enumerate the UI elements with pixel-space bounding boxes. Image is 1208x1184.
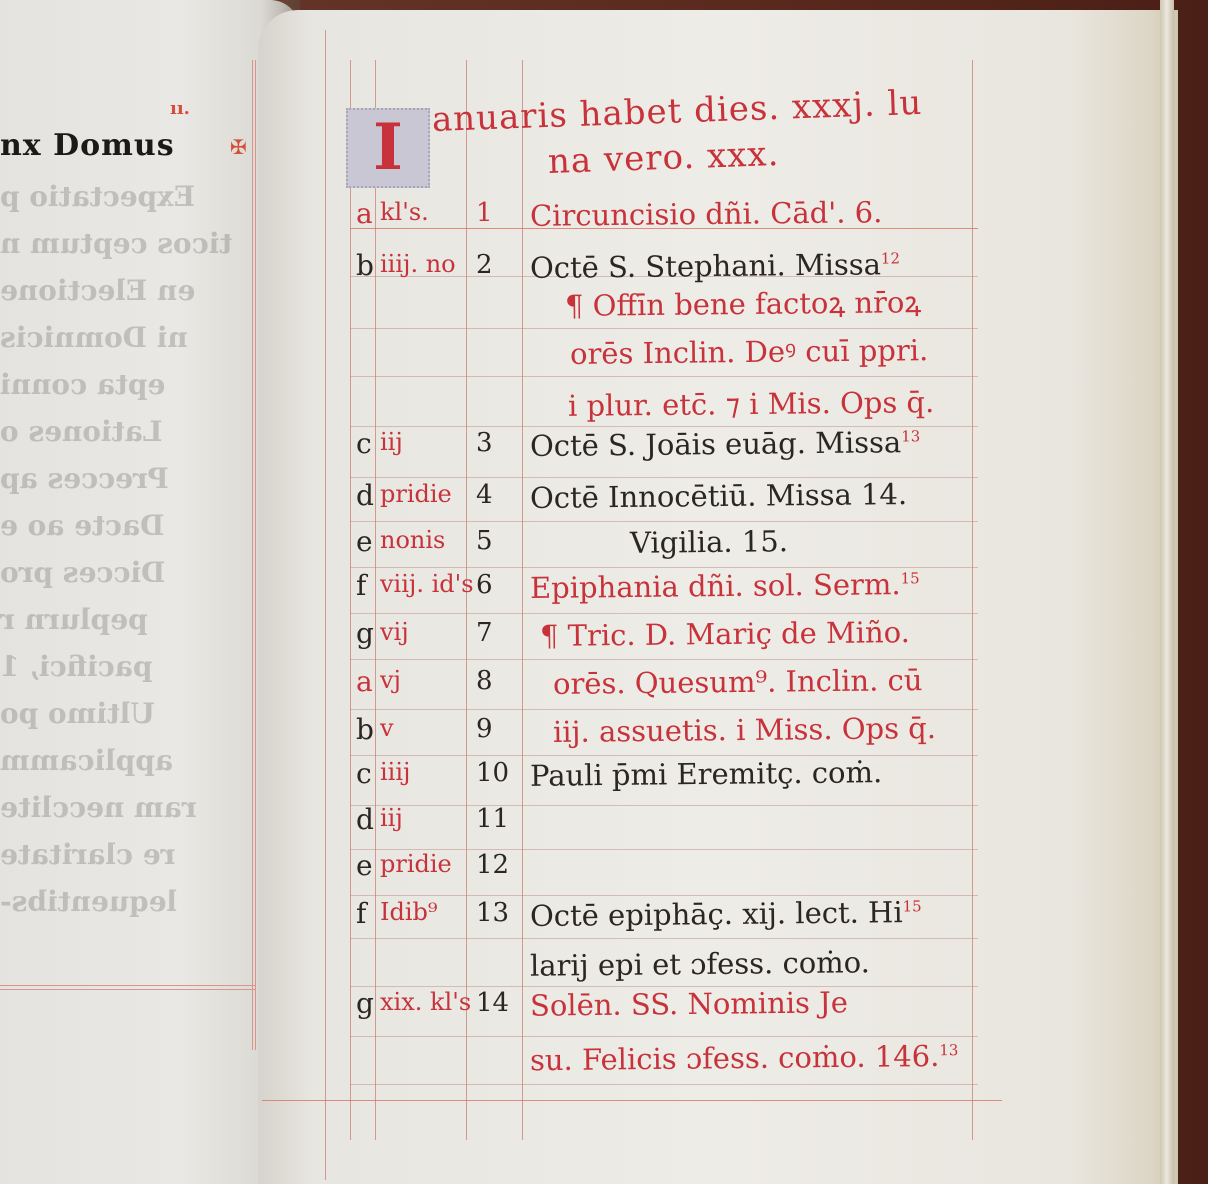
- ruling-line: [325, 30, 326, 1180]
- day-number: 11: [476, 806, 509, 832]
- roman-date: viij. id's: [380, 572, 474, 596]
- show-through-line: re claritate: [0, 838, 240, 871]
- ruling-line: [350, 60, 351, 1140]
- marginal-number: 15: [902, 897, 921, 915]
- day-number: 13: [476, 900, 509, 926]
- day-number: 4: [476, 482, 493, 508]
- ruling-line: [350, 938, 978, 939]
- dominical-letter: a: [356, 200, 373, 228]
- ruling-line: [350, 1036, 978, 1037]
- ruling-line: [375, 60, 376, 1140]
- roman-date: iij: [380, 430, 403, 454]
- show-through-line: ni Domnicis: [0, 321, 240, 354]
- dominical-letter: c: [356, 430, 372, 458]
- dominical-letter: f: [356, 572, 366, 600]
- calendar-entry: orēs. Quesum⁹. Inclin. cū: [553, 666, 923, 699]
- left-margin-rule: [252, 60, 256, 1050]
- day-number: 12: [476, 852, 509, 878]
- left-page: ıı. ✠ nx Domus Expectatio pticos ceptum …: [0, 0, 300, 1184]
- roman-date: pridie: [380, 852, 452, 876]
- show-through-line: peplurn r: [0, 603, 240, 636]
- calendar-entry: Octē S. Joāis euāg. Missa13: [530, 428, 921, 461]
- dominical-letter: d: [356, 806, 374, 834]
- month-title-line-2: na vero. xxx.: [547, 134, 780, 182]
- day-number: 10: [476, 760, 509, 786]
- ruling-line: [350, 1084, 978, 1085]
- day-number: 6: [476, 572, 493, 598]
- dominical-letter: g: [356, 990, 374, 1018]
- day-number: 14: [476, 990, 509, 1016]
- show-through-line: Expectatio p: [0, 180, 240, 213]
- ruling-line: [350, 805, 978, 806]
- show-through-line: pacifici, 1: [0, 650, 240, 683]
- show-through-line: Ultimo po: [0, 697, 240, 730]
- ruling-line: [350, 521, 978, 522]
- initial-letter: I: [373, 116, 403, 180]
- dominical-letter: e: [356, 528, 373, 556]
- roman-date: iiij: [380, 760, 410, 784]
- calendar-entry: Solēn. SS. Nominis Je: [530, 988, 848, 1020]
- dominical-letter: b: [356, 716, 374, 744]
- roman-date: Idib⁹: [380, 900, 438, 924]
- roman-date: vij: [380, 620, 409, 644]
- ruling-line: [350, 376, 978, 377]
- ruling-line: [262, 1100, 1002, 1101]
- dominical-letter: e: [356, 852, 373, 880]
- ruling-line: [350, 328, 978, 329]
- dominical-letter: g: [356, 620, 374, 648]
- marginal-number: 13: [901, 427, 920, 445]
- roman-date: v: [380, 716, 394, 740]
- roman-date: iij: [380, 806, 403, 830]
- show-through-line: epta conni: [0, 368, 240, 401]
- illuminated-initial: I: [346, 108, 430, 188]
- roman-date: vj: [380, 668, 401, 692]
- dominical-letter: d: [356, 482, 374, 510]
- ruling-line: [350, 709, 978, 710]
- marginal-number: 15: [900, 569, 919, 587]
- left-page-heading: nx Domus: [0, 128, 175, 163]
- dominical-letter: f: [356, 900, 366, 928]
- show-through-line: ticos ceptum n: [0, 227, 240, 260]
- calendar-entry: Octē epiphāç. xij. lect. Hi15: [530, 898, 922, 931]
- calendar-entry: su. Felicis ɔfess. coṁo. 146.13: [530, 1042, 959, 1075]
- dominical-letter: b: [356, 252, 374, 280]
- day-number: 5: [476, 528, 493, 554]
- calendar-entry: ¶ Tric. D. Mariç de Miño.: [540, 618, 910, 651]
- ruling-line: [350, 659, 978, 660]
- ruling-line: [972, 60, 973, 1140]
- show-through-line: ram necclite: [0, 791, 240, 824]
- calendar-entry: larij epi et ɔfess. coṁo.: [530, 948, 870, 981]
- calendar-entry: Vigilia. 15.: [630, 527, 788, 558]
- left-red-flourish-icon: ✠: [230, 135, 247, 159]
- show-through-line: en Electione: [0, 274, 240, 307]
- day-number: 2: [476, 252, 493, 278]
- show-through-line: Dicces pro: [0, 556, 240, 589]
- calendar-entry: Octē S. Stephani. Missa12: [530, 250, 900, 283]
- roman-date: nonis: [380, 528, 445, 552]
- calendar-entry: Epiphania dñi. sol. Serm.15: [530, 570, 920, 603]
- roman-date: xix. kl's: [380, 990, 471, 1014]
- day-number: 9: [476, 716, 493, 742]
- calendar-entry: i plur. etc̄. ⁊ i Mis. Ops q̄.: [568, 388, 935, 421]
- calendar-entry: Pauli p̄mi Eremitç. coṁ.: [530, 758, 883, 791]
- calendar-entry: orēs Inclin. Deꝰ cuī ppri.: [570, 336, 929, 369]
- show-through-line: Dacte ao e: [0, 509, 240, 542]
- left-folio-mark: ıı.: [170, 98, 190, 119]
- ruling-line: [350, 613, 978, 614]
- roman-date: iiij. no: [380, 252, 456, 276]
- calendar-entry: iij. assuetis. i Miss. Ops q̄.: [553, 714, 936, 747]
- day-number: 7: [476, 620, 493, 646]
- ruling-line: [522, 60, 523, 1140]
- marginal-number: 12: [881, 249, 900, 267]
- roman-date: kl's.: [380, 200, 429, 224]
- day-number: 8: [476, 668, 493, 694]
- calendar-entry: Circuncisio dñi. Cād'. 6.: [530, 198, 883, 231]
- calendar-entry: Octē Innocētiū. Missa 14.: [530, 480, 907, 513]
- dominical-letter: a: [356, 668, 373, 696]
- show-through-line: applicamm: [0, 744, 240, 777]
- left-bottom-rule: [0, 985, 255, 990]
- dominical-letter: c: [356, 760, 372, 788]
- roman-date: pridie: [380, 482, 452, 506]
- calendar-entry: ¶ Offīn bene factoꝝ nr̄oꝝ: [565, 288, 921, 321]
- ruling-line: [350, 755, 978, 756]
- show-through-line: Lationes o: [0, 415, 240, 448]
- day-number: 3: [476, 430, 493, 456]
- marginal-number: 13: [939, 1041, 958, 1059]
- ruling-line: [466, 60, 467, 1140]
- show-through-line: Precces ap: [0, 462, 240, 495]
- day-number: 1: [476, 200, 493, 226]
- page-edge: [1160, 0, 1174, 1184]
- show-through-line: lequentibs-: [0, 885, 240, 918]
